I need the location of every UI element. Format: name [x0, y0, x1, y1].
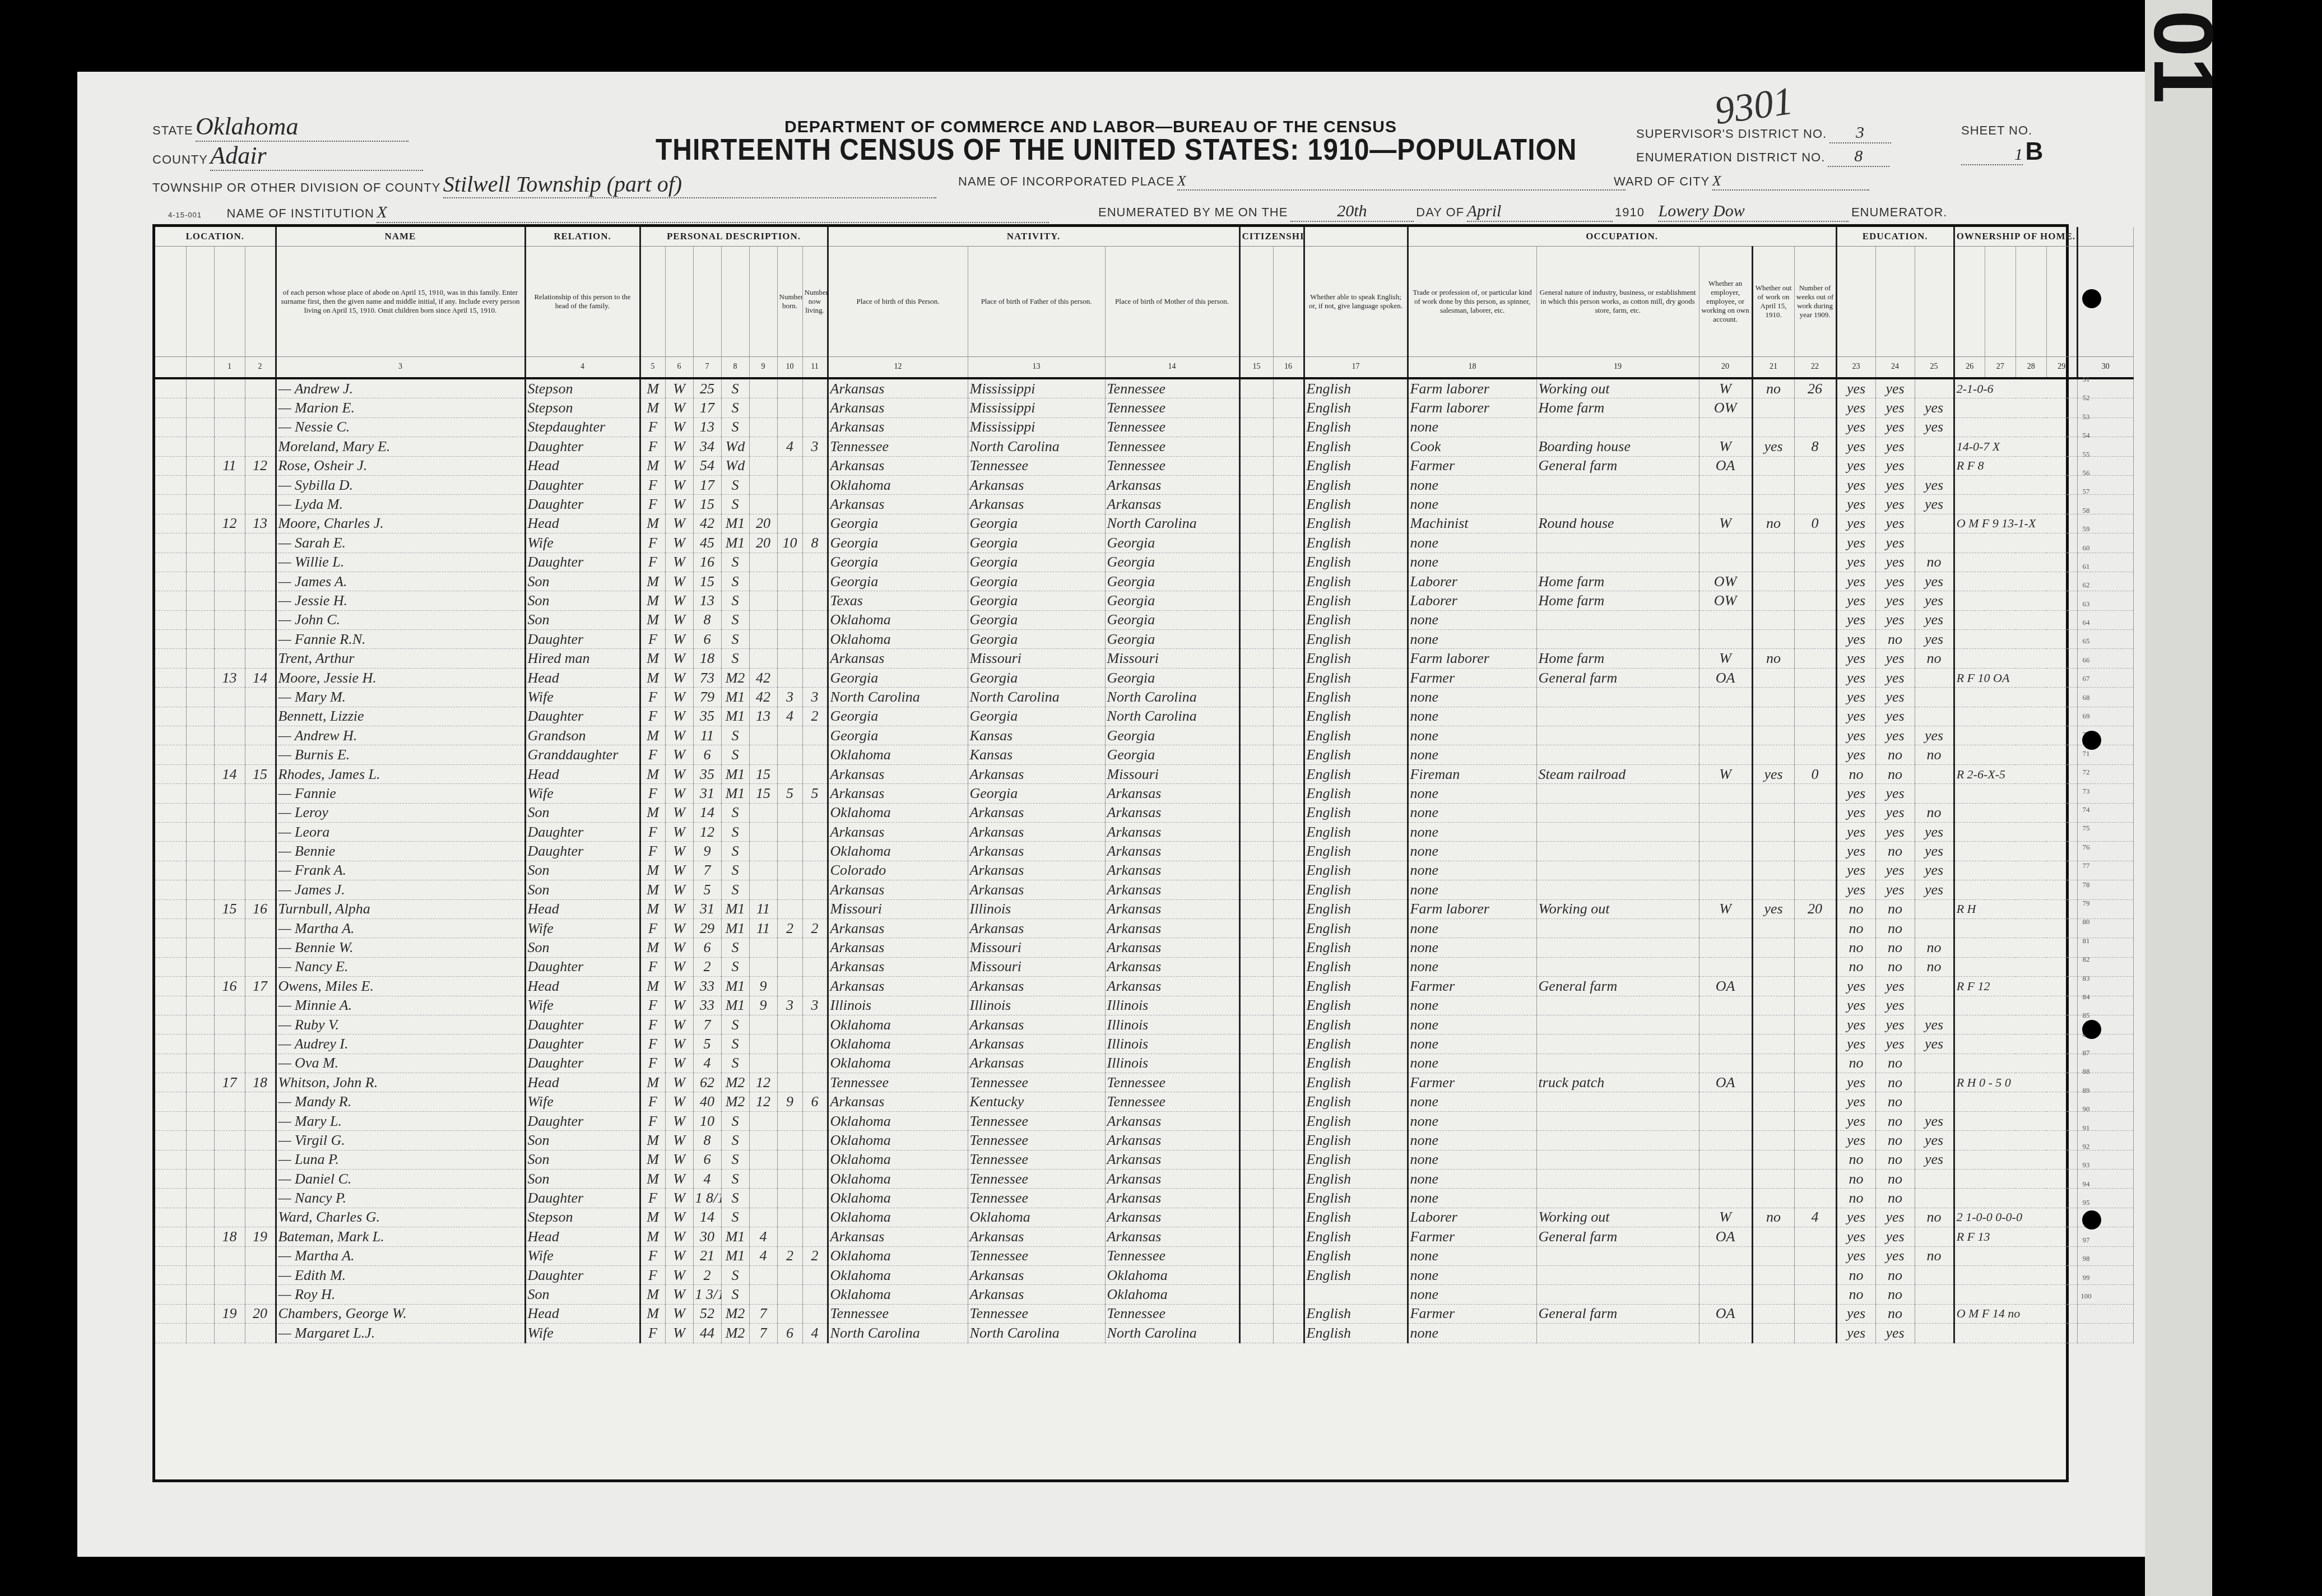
- trade-cell: none: [1408, 803, 1536, 822]
- years-married-cell: [749, 938, 777, 957]
- employer-status-cell: OA: [1699, 1304, 1752, 1323]
- house-cell: [186, 1092, 214, 1111]
- immigration-year-cell: [1239, 803, 1273, 822]
- weeks-out-cell: [1794, 1324, 1836, 1343]
- col-num: 19: [1536, 357, 1699, 379]
- marital-status-cell: M1: [721, 1246, 749, 1265]
- language-cell: English: [1304, 533, 1408, 553]
- marital-status-cell: M1: [721, 996, 749, 1015]
- relation-cell: Head: [525, 1227, 640, 1246]
- desc-write: [1875, 247, 1915, 357]
- language-cell: English: [1304, 1073, 1408, 1092]
- birthplace-cell: Arkansas: [828, 1227, 968, 1246]
- children-living-cell: [802, 842, 828, 861]
- house-cell: [186, 533, 214, 553]
- attended-school-cell: no: [1915, 649, 1954, 668]
- age-cell: 15: [693, 495, 721, 514]
- table-row: 1617Owens, Miles E.HeadMW33M19ArkansasAr…: [155, 977, 2133, 996]
- age-cell: 42: [693, 514, 721, 533]
- immigration-year-cell: [1239, 1073, 1273, 1092]
- relation-cell: Grandson: [525, 726, 640, 745]
- children-born-cell: [777, 764, 802, 783]
- table-row: — Mandy R.WifeFW40M21296ArkansasKentucky…: [155, 1092, 2133, 1111]
- marital-status-cell: S: [721, 649, 749, 668]
- relation-cell: Daughter: [525, 707, 640, 726]
- father-birthplace-cell: Georgia: [968, 514, 1105, 533]
- years-married-cell: [749, 553, 777, 572]
- ownership-cell: O M F 14 no: [1954, 1304, 2077, 1323]
- desc-industry: General nature of industry, business, or…: [1536, 247, 1699, 357]
- trade-cell: Farmer: [1408, 456, 1536, 475]
- children-living-cell: [802, 957, 828, 976]
- naturalized-cell: [1273, 707, 1304, 726]
- mother-birthplace-cell: Oklahoma: [1105, 1285, 1239, 1304]
- family-number-cell: [245, 1285, 276, 1304]
- language-cell: English: [1304, 1170, 1408, 1189]
- family-number-cell: [245, 726, 276, 745]
- employer-status-cell: OW: [1699, 572, 1752, 591]
- race-cell: W: [665, 1015, 693, 1034]
- table-row: — James A.SonMW15SGeorgiaGeorgiaGeorgiaE…: [155, 572, 2133, 591]
- out-of-work-cell: yes: [1752, 437, 1794, 456]
- can-write-cell: no: [1875, 1131, 1915, 1150]
- children-living-cell: [802, 1285, 828, 1304]
- language-cell: English: [1304, 745, 1408, 764]
- children-living-cell: [802, 880, 828, 899]
- employer-status-cell: [1699, 1131, 1752, 1150]
- mother-birthplace-cell: Arkansas: [1105, 495, 1239, 514]
- census-table: LOCATION. NAME RELATION. PERSONAL DESCRI…: [152, 224, 2069, 1482]
- weeks-out-cell: 26: [1794, 378, 1836, 398]
- age-cell: 2: [693, 957, 721, 976]
- house-cell: [186, 1015, 214, 1034]
- can-read-cell: no: [1836, 1054, 1875, 1073]
- race-cell: W: [665, 764, 693, 783]
- children-born-cell: [777, 899, 802, 918]
- age-cell: 21: [693, 1246, 721, 1265]
- birthplace-cell: Arkansas: [828, 1092, 968, 1111]
- out-of-work-cell: no: [1752, 1208, 1794, 1227]
- col-num: 11: [802, 357, 828, 379]
- group-misc: [2077, 227, 2133, 247]
- children-born-cell: 2: [777, 918, 802, 938]
- children-living-cell: 5: [802, 784, 828, 803]
- desc-name: of each person whose place of abode on A…: [276, 247, 525, 357]
- desc-immigration-year: [1239, 247, 1273, 357]
- out-of-work-cell: [1752, 417, 1794, 437]
- col-num: 23: [1836, 357, 1875, 379]
- dwelling-number-cell: 17: [214, 1073, 245, 1092]
- line-number: 60: [2072, 539, 2100, 557]
- sex-cell: F: [640, 533, 665, 553]
- relation-cell: Head: [525, 514, 640, 533]
- dwelling-number-cell: [214, 398, 245, 417]
- relation-cell: Daughter: [525, 822, 640, 841]
- table-row: — Roy H.SonMW1 3/12SOklahomaArkansasOkla…: [155, 1285, 2133, 1304]
- attended-school-cell: yes: [1915, 861, 1954, 880]
- race-cell: W: [665, 630, 693, 649]
- father-birthplace-cell: Mississippi: [968, 378, 1105, 398]
- county-value: Adair: [210, 141, 423, 171]
- relation-cell: Wife: [525, 1092, 640, 1111]
- weeks-out-cell: [1794, 417, 1836, 437]
- sex-cell: M: [640, 398, 665, 417]
- attended-school-cell: [1915, 378, 1954, 398]
- naturalized-cell: [1273, 938, 1304, 957]
- naturalized-cell: [1273, 842, 1304, 861]
- immigration-year-cell: [1239, 1111, 1273, 1130]
- can-read-cell: yes: [1836, 437, 1875, 456]
- attended-school-cell: no: [1915, 553, 1954, 572]
- person-name-cell: Whitson, John R.: [276, 1073, 525, 1092]
- street-cell: [155, 1170, 186, 1189]
- attended-school-cell: [1915, 707, 1954, 726]
- marital-status-cell: M1: [721, 533, 749, 553]
- table-row: — LeoraDaughterFW12SArkansasArkansasArka…: [155, 822, 2133, 841]
- line-number: 81: [2072, 931, 2100, 950]
- can-write-cell: yes: [1875, 977, 1915, 996]
- house-cell: [186, 918, 214, 938]
- trade-cell: none: [1408, 822, 1536, 841]
- birthplace-cell: Oklahoma: [828, 1111, 968, 1130]
- children-born-cell: [777, 668, 802, 687]
- street-cell: [155, 842, 186, 861]
- person-name-cell: — Lyda M.: [276, 495, 525, 514]
- empty-cell: [2077, 1304, 2133, 1323]
- trade-cell: none: [1408, 784, 1536, 803]
- desc-marital: [721, 247, 749, 357]
- dwelling-number-cell: 15: [214, 899, 245, 918]
- out-of-work-cell: yes: [1752, 899, 1794, 918]
- age-cell: 9: [693, 842, 721, 861]
- children-born-cell: 3: [777, 996, 802, 1015]
- race-cell: W: [665, 495, 693, 514]
- trade-cell: Cook: [1408, 437, 1536, 456]
- street-cell: [155, 861, 186, 880]
- immigration-year-cell: [1239, 1265, 1273, 1284]
- street-cell: [155, 745, 186, 764]
- language-cell: English: [1304, 688, 1408, 707]
- table-row: Moreland, Mary E.DaughterFW34Wd43Tenness…: [155, 437, 2133, 456]
- attended-school-cell: [1915, 514, 1954, 533]
- can-read-cell: yes: [1836, 784, 1875, 803]
- group-education: EDUCATION.: [1836, 227, 1954, 247]
- immigration-year-cell: [1239, 745, 1273, 764]
- relation-cell: Daughter: [525, 1265, 640, 1284]
- immigration-year-cell: [1239, 784, 1273, 803]
- children-living-cell: [802, 553, 828, 572]
- children-born-cell: [777, 630, 802, 649]
- father-birthplace-cell: Mississippi: [968, 398, 1105, 417]
- sex-cell: M: [640, 649, 665, 668]
- can-read-cell: yes: [1836, 861, 1875, 880]
- employer-status-cell: W: [1699, 649, 1752, 668]
- dwelling-number-cell: [214, 918, 245, 938]
- birthplace-cell: Arkansas: [828, 417, 968, 437]
- desc-relation: Relationship of this person to the head …: [525, 247, 640, 357]
- language-cell: English: [1304, 514, 1408, 533]
- family-number-cell: [245, 495, 276, 514]
- children-living-cell: [802, 764, 828, 783]
- weeks-out-cell: [1794, 726, 1836, 745]
- employer-status-cell: [1699, 1324, 1752, 1343]
- trade-cell: Farm laborer: [1408, 649, 1536, 668]
- years-married-cell: [749, 1208, 777, 1227]
- person-name-cell: Rhodes, James L.: [276, 764, 525, 783]
- birthplace-cell: Arkansas: [828, 880, 968, 899]
- out-of-work-cell: [1752, 707, 1794, 726]
- can-write-cell: yes: [1875, 1208, 1915, 1227]
- out-of-work-cell: [1752, 688, 1794, 707]
- relation-cell: Daughter: [525, 437, 640, 456]
- years-married-cell: [749, 610, 777, 629]
- father-birthplace-cell: Tennessee: [968, 1246, 1105, 1265]
- language-cell: English: [1304, 957, 1408, 976]
- relation-cell: Granddaughter: [525, 745, 640, 764]
- mother-birthplace-cell: Illinois: [1105, 1034, 1239, 1054]
- house-cell: [186, 591, 214, 610]
- employer-status-cell: [1699, 688, 1752, 707]
- children-living-cell: [802, 591, 828, 610]
- immigration-year-cell: [1239, 1189, 1273, 1208]
- house-cell: [186, 1246, 214, 1265]
- sex-cell: F: [640, 784, 665, 803]
- weeks-out-cell: [1794, 1015, 1836, 1034]
- industry-cell: Round house: [1536, 514, 1699, 533]
- industry-cell: Boarding house: [1536, 437, 1699, 456]
- years-married-cell: [749, 378, 777, 398]
- attended-school-cell: [1915, 688, 1954, 707]
- can-write-cell: yes: [1875, 822, 1915, 841]
- age-cell: 35: [693, 764, 721, 783]
- attended-school-cell: yes: [1915, 1150, 1954, 1169]
- can-read-cell: yes: [1836, 1304, 1875, 1323]
- trade-cell: Laborer: [1408, 572, 1536, 591]
- age-cell: 18: [693, 649, 721, 668]
- language-cell: English: [1304, 1324, 1408, 1343]
- col-num: 4: [525, 357, 640, 379]
- desc-street: [155, 247, 186, 357]
- language-cell: English: [1304, 572, 1408, 591]
- table-row: — Nessie C.StepdaughterFW13SArkansasMiss…: [155, 417, 2133, 437]
- marital-status-cell: S: [721, 610, 749, 629]
- out-of-work-cell: [1752, 1092, 1794, 1111]
- desc-language: Whether able to speak English; or, if no…: [1304, 247, 1408, 357]
- sex-cell: F: [640, 1265, 665, 1284]
- dwelling-number-cell: [214, 630, 245, 649]
- sex-cell: M: [640, 861, 665, 880]
- group-personal: PERSONAL DESCRIPTION.: [640, 227, 828, 247]
- out-of-work-cell: [1752, 533, 1794, 553]
- trade-cell: none: [1408, 842, 1536, 861]
- birthplace-cell: Georgia: [828, 707, 968, 726]
- family-number-cell: [245, 861, 276, 880]
- race-cell: W: [665, 803, 693, 822]
- can-read-cell: yes: [1836, 707, 1875, 726]
- can-read-cell: no: [1836, 1285, 1875, 1304]
- employer-status-cell: [1699, 842, 1752, 861]
- street-cell: [155, 1324, 186, 1343]
- trade-cell: none: [1408, 745, 1536, 764]
- marital-status-cell: S: [721, 1111, 749, 1130]
- house-cell: [186, 899, 214, 918]
- family-number-cell: [245, 1150, 276, 1169]
- group-name: NAME: [276, 227, 525, 247]
- age-cell: 31: [693, 784, 721, 803]
- state-field: STATE Oklahoma: [152, 112, 408, 142]
- table-row: — Ruby V.DaughterFW7SOklahomaArkansasIll…: [155, 1015, 2133, 1034]
- can-read-cell: yes: [1836, 688, 1875, 707]
- immigration-year-cell: [1239, 1304, 1273, 1323]
- father-birthplace-cell: Arkansas: [968, 977, 1105, 996]
- marital-status-cell: S: [721, 1208, 749, 1227]
- marital-status-cell: M2: [721, 668, 749, 687]
- line-number: 84: [2072, 987, 2100, 1006]
- trade-cell: none: [1408, 1170, 1536, 1189]
- marital-status-cell: M1: [721, 899, 749, 918]
- mother-birthplace-cell: Tennessee: [1105, 1073, 1239, 1092]
- employer-status-cell: [1699, 610, 1752, 629]
- ownership-cell: [1954, 553, 2077, 572]
- sheet-label: SHEET NO.: [1961, 123, 2032, 137]
- out-of-work-cell: [1752, 861, 1794, 880]
- language-cell: English: [1304, 707, 1408, 726]
- naturalized-cell: [1273, 630, 1304, 649]
- weeks-out-cell: [1794, 1265, 1836, 1284]
- mother-birthplace-cell: Arkansas: [1105, 1189, 1239, 1208]
- family-number-cell: [245, 572, 276, 591]
- line-number: 72: [2072, 763, 2100, 781]
- years-married-cell: 7: [749, 1304, 777, 1323]
- children-born-cell: [777, 514, 802, 533]
- family-number-cell: [245, 1324, 276, 1343]
- family-number-cell: [245, 630, 276, 649]
- language-cell: English: [1304, 591, 1408, 610]
- children-born-cell: [777, 1073, 802, 1092]
- sex-cell: M: [640, 726, 665, 745]
- age-cell: 45: [693, 533, 721, 553]
- family-number-cell: [245, 1170, 276, 1189]
- street-cell: [155, 1111, 186, 1130]
- attended-school-cell: yes: [1915, 398, 1954, 417]
- children-born-cell: [777, 977, 802, 996]
- language-cell: English: [1304, 764, 1408, 783]
- industry-cell: [1536, 822, 1699, 841]
- sex-cell: F: [640, 918, 665, 938]
- marital-status-cell: S: [721, 1189, 749, 1208]
- weeks-out-cell: [1794, 822, 1836, 841]
- industry-cell: General farm: [1536, 1227, 1699, 1246]
- weeks-out-cell: [1794, 957, 1836, 976]
- house-cell: [186, 764, 214, 783]
- language-cell: English: [1304, 1131, 1408, 1150]
- employer-status-cell: OW: [1699, 591, 1752, 610]
- years-married-cell: [749, 1131, 777, 1150]
- line-number: 53: [2072, 407, 2100, 426]
- relation-cell: Son: [525, 880, 640, 899]
- col-num: 15: [1239, 357, 1273, 379]
- col-num: 28: [2016, 357, 2046, 379]
- line-number: 77: [2072, 856, 2100, 875]
- immigration-year-cell: [1239, 899, 1273, 918]
- trade-cell: none: [1408, 957, 1536, 976]
- age-cell: 25: [693, 378, 721, 398]
- naturalized-cell: [1273, 977, 1304, 996]
- dwelling-number-cell: [214, 649, 245, 668]
- immigration-year-cell: [1239, 1227, 1273, 1246]
- trade-cell: none: [1408, 918, 1536, 938]
- attended-school-cell: yes: [1915, 475, 1954, 494]
- relation-cell: Stepson: [525, 378, 640, 398]
- race-cell: W: [665, 688, 693, 707]
- table-row: — Ova M.DaughterFW4SOklahomaArkansasIlli…: [155, 1054, 2133, 1073]
- relation-cell: Son: [525, 803, 640, 822]
- children-living-cell: [802, 378, 828, 398]
- birthplace-cell: North Carolina: [828, 1324, 968, 1343]
- can-read-cell: yes: [1836, 1092, 1875, 1111]
- trade-cell: none: [1408, 938, 1536, 957]
- relation-cell: Head: [525, 1073, 640, 1092]
- mother-birthplace-cell: Arkansas: [1105, 880, 1239, 899]
- street-cell: [155, 822, 186, 841]
- out-of-work-cell: [1752, 1015, 1794, 1034]
- race-cell: W: [665, 861, 693, 880]
- attended-school-cell: yes: [1915, 1131, 1954, 1150]
- attended-school-cell: [1915, 996, 1954, 1015]
- out-of-work-cell: [1752, 630, 1794, 649]
- relation-cell: Stepson: [525, 398, 640, 417]
- table-row: — FannieWifeFW31M11555ArkansasGeorgiaArk…: [155, 784, 2133, 803]
- employer-status-cell: W: [1699, 1208, 1752, 1227]
- house-cell: [186, 456, 214, 475]
- birthplace-cell: Arkansas: [828, 938, 968, 957]
- can-write-cell: yes: [1875, 572, 1915, 591]
- mother-birthplace-cell: Arkansas: [1105, 1150, 1239, 1169]
- children-born-cell: [777, 1208, 802, 1227]
- ownership-cell: [1954, 745, 2077, 764]
- street-cell: [155, 1189, 186, 1208]
- race-cell: W: [665, 1304, 693, 1323]
- trade-cell: none: [1408, 1015, 1536, 1034]
- ward-label: WARD OF CITY: [1614, 174, 1710, 188]
- father-birthplace-cell: Arkansas: [968, 1054, 1105, 1073]
- can-write-cell: yes: [1875, 514, 1915, 533]
- birthplace-cell: Oklahoma: [828, 1285, 968, 1304]
- marital-status-cell: S: [721, 1285, 749, 1304]
- father-birthplace-cell: Mississippi: [968, 417, 1105, 437]
- relation-cell: Head: [525, 1304, 640, 1323]
- industry-cell: [1536, 803, 1699, 822]
- can-write-cell: yes: [1875, 398, 1915, 417]
- out-of-work-cell: [1752, 610, 1794, 629]
- street-cell: [155, 1131, 186, 1150]
- employer-status-cell: [1699, 475, 1752, 494]
- line-number: 63: [2072, 595, 2100, 613]
- children-living-cell: 6: [802, 1092, 828, 1111]
- person-name-cell: Turnbull, Alpha: [276, 899, 525, 918]
- mother-birthplace-cell: Arkansas: [1105, 918, 1239, 938]
- naturalized-cell: [1273, 495, 1304, 514]
- ownership-cell: [1954, 1092, 2077, 1111]
- person-name-cell: — Sybilla D.: [276, 475, 525, 494]
- can-write-cell: yes: [1875, 668, 1915, 687]
- mother-birthplace-cell: North Carolina: [1105, 514, 1239, 533]
- children-born-cell: [777, 1227, 802, 1246]
- out-of-work-cell: [1752, 591, 1794, 610]
- mother-birthplace-cell: Arkansas: [1105, 938, 1239, 957]
- immigration-year-cell: [1239, 437, 1273, 456]
- children-living-cell: [802, 1304, 828, 1323]
